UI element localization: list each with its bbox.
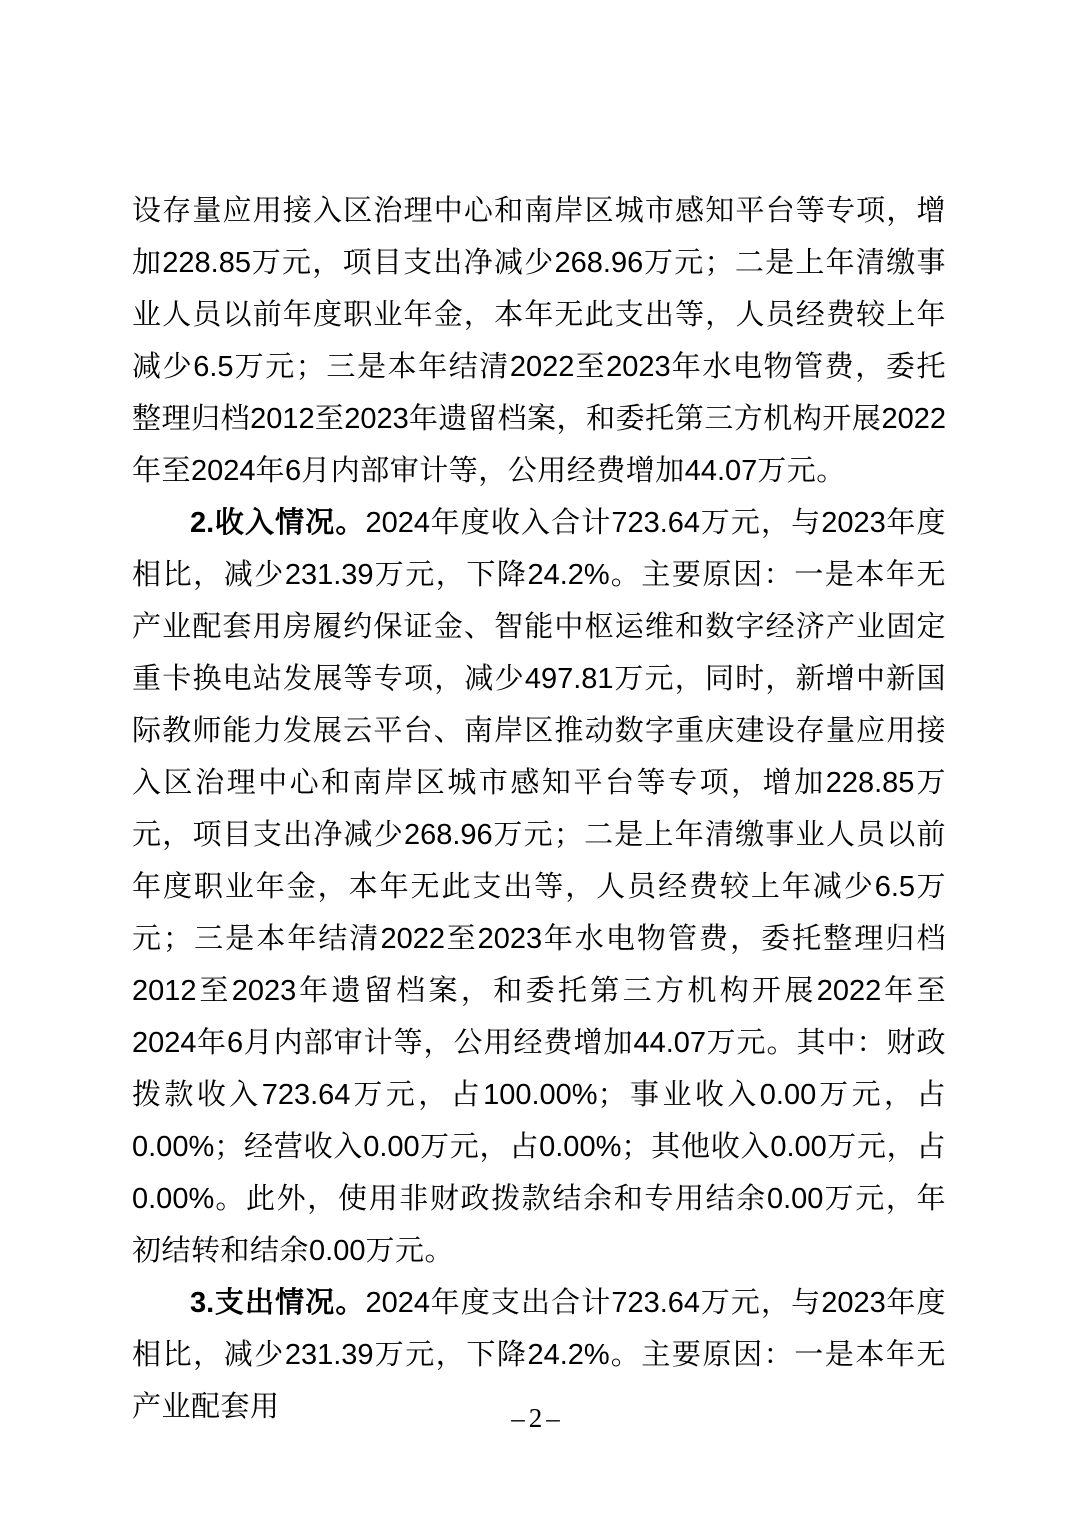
page-number: –2– [511,1403,564,1433]
document-page: 设存量应用接入区治理中心和南岸区城市感知平台等专项，增加228.85万元，项目支… [0,0,1075,1520]
paragraph-lead-income: 2.收入情况。 [190,507,365,539]
paragraph-text-income: 2024年度收入合计723.64万元，与2023年度相比，减少231.39万元，… [132,507,946,1267]
document-body: 设存量应用接入区治理中心和南岸区城市感知平台等专项，增加228.85万元，项目支… [132,185,946,1433]
paragraph-income: 2.收入情况。2024年度收入合计723.64万元，与2023年度相比，减少23… [132,497,946,1277]
paragraph-lead-expenditure: 3.支出情况。 [190,1287,365,1319]
paragraph-text: 设存量应用接入区治理中心和南岸区城市感知平台等专项，增加228.85万元，项目支… [132,195,946,487]
paragraph-continuation: 设存量应用接入区治理中心和南岸区城市感知平台等专项，增加228.85万元，项目支… [132,185,946,497]
page-footer: –2– [0,1398,1075,1438]
